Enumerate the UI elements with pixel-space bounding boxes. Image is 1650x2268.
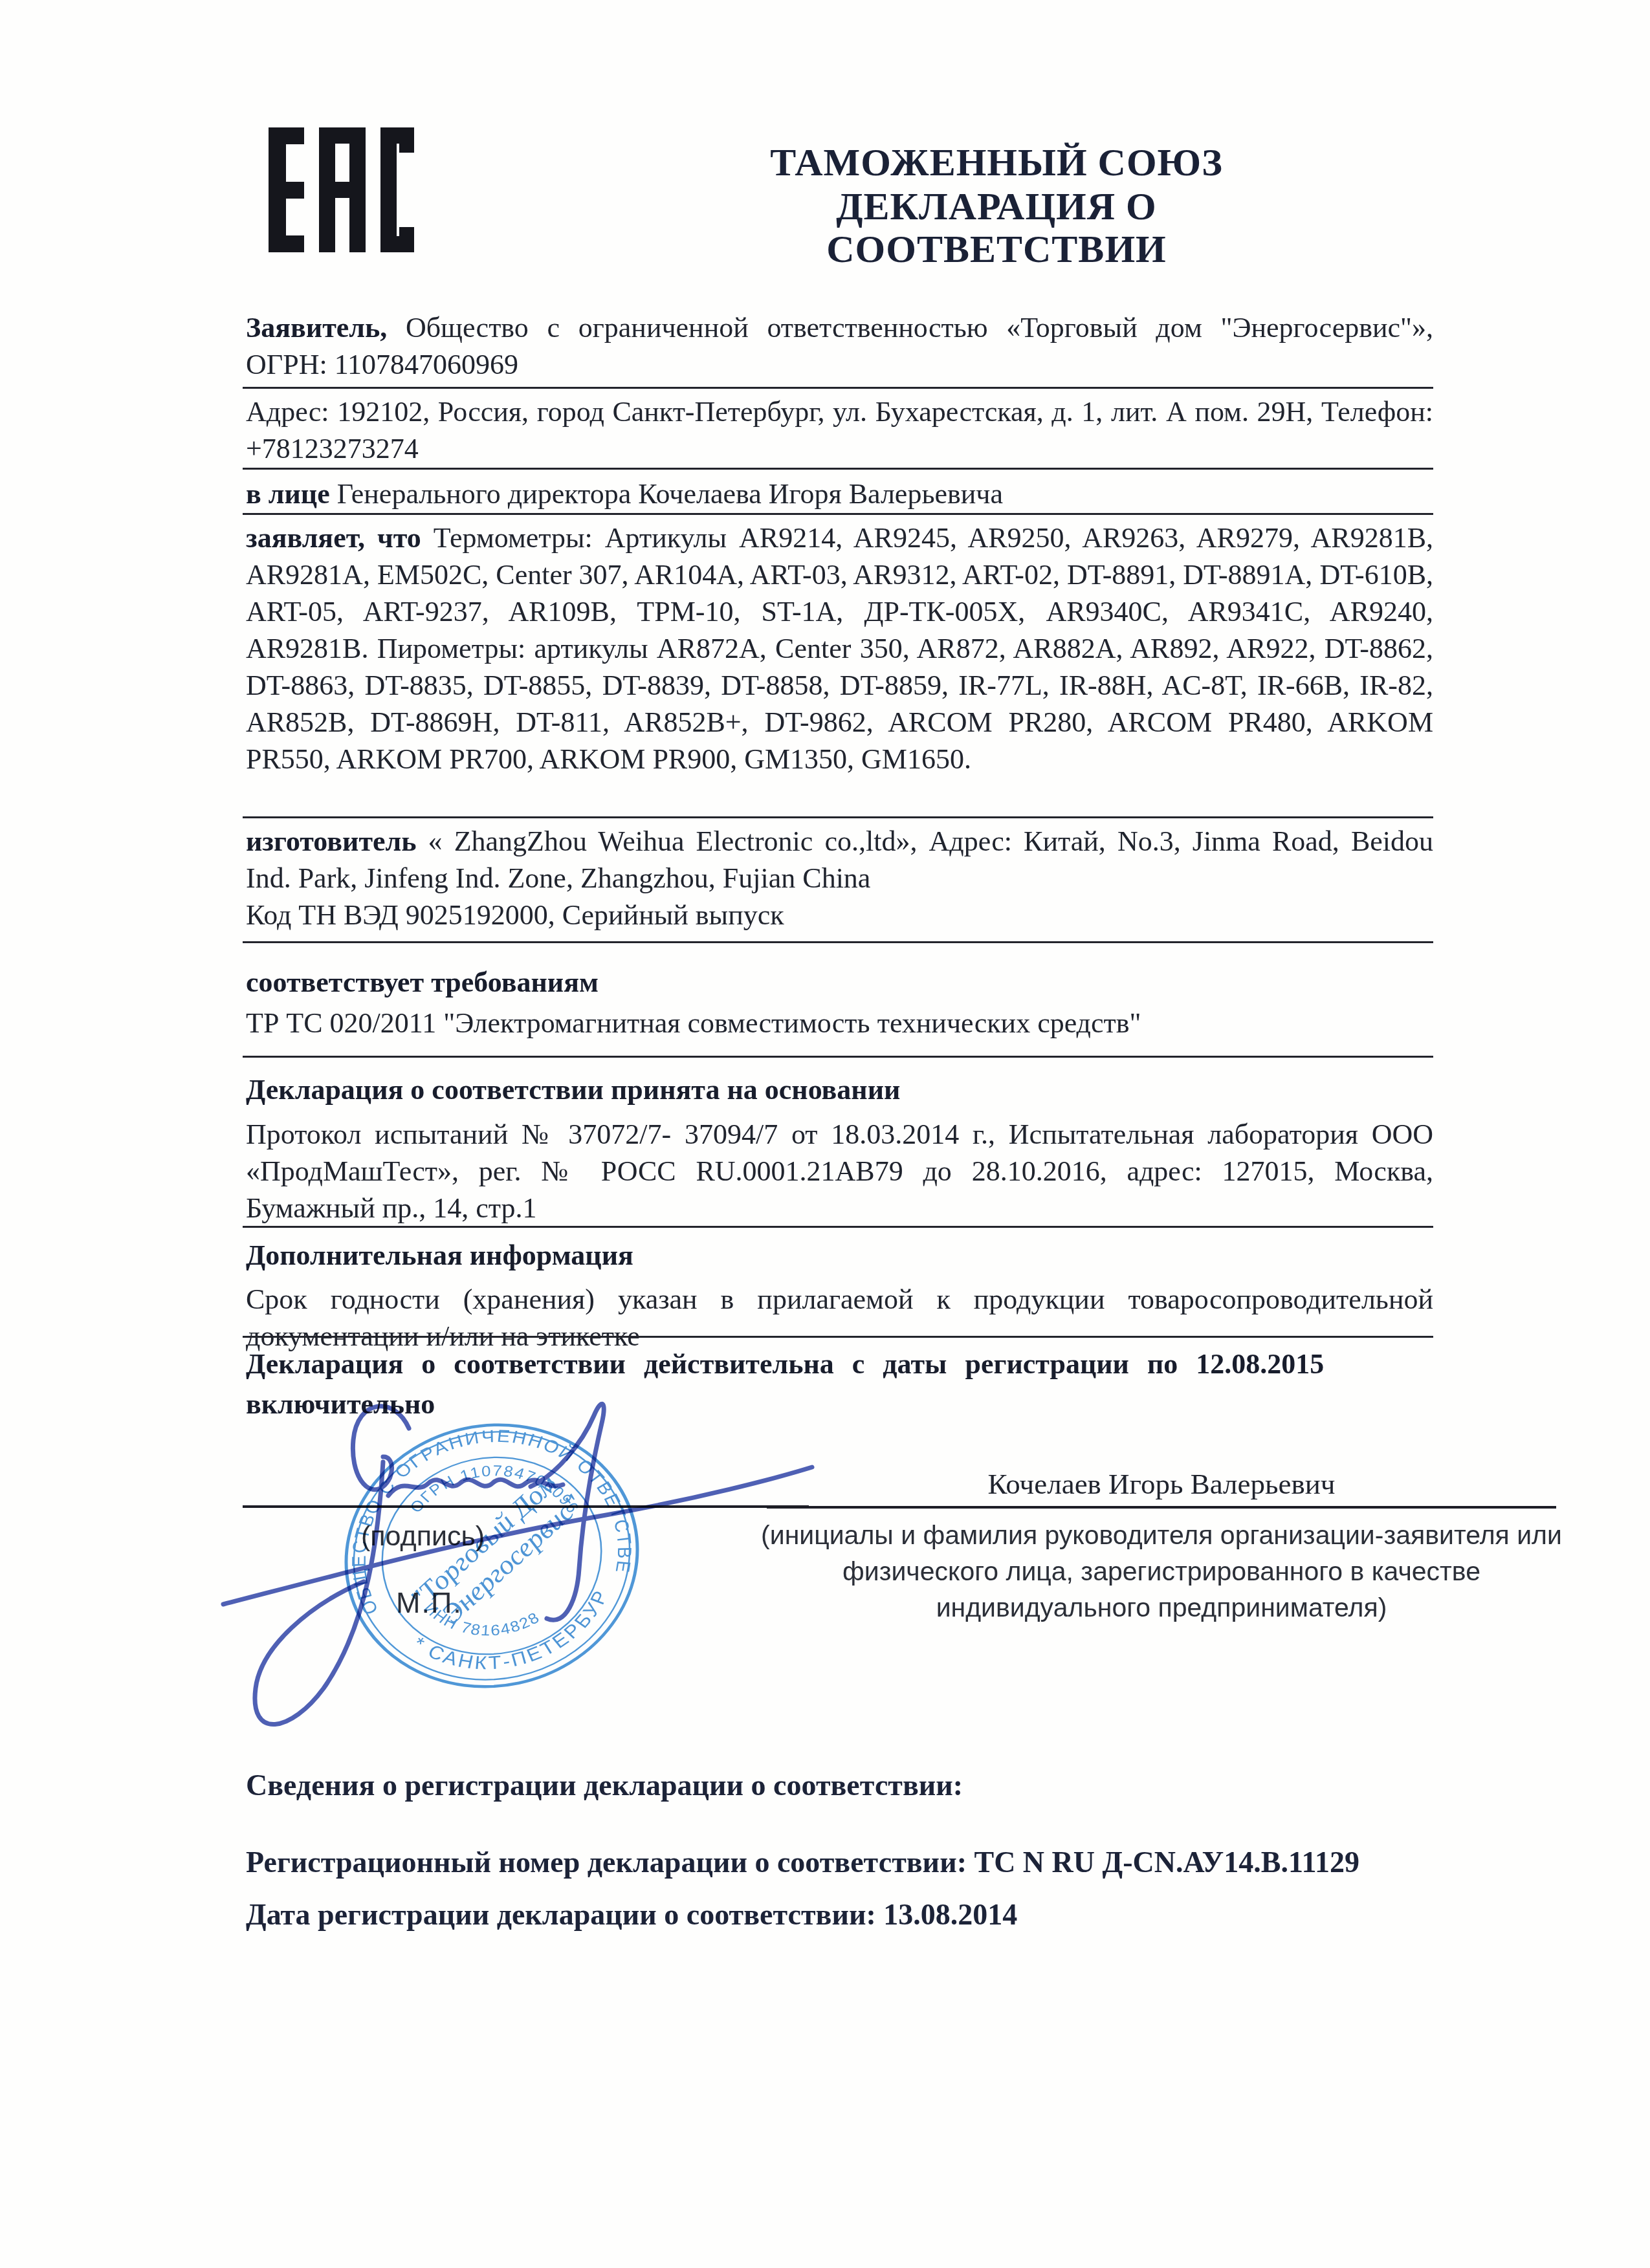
separator	[243, 941, 1433, 943]
head-name-caption: (инициалы и фамилия руководителя организ…	[751, 1517, 1572, 1626]
validity-line1: Декларация о соответствии действительна …	[246, 1346, 1433, 1382]
basis-text: Протокол испытаний № 37072/7- 37094/7 от…	[246, 1116, 1433, 1227]
additional-heading: Дополнительная информация	[246, 1237, 1433, 1274]
declaration-document: ТАМОЖЕННЫЙ СОЮЗ ДЕКЛАРАЦИЯ О СООТВЕТСТВИ…	[0, 0, 1650, 2268]
head-name-line	[767, 1506, 1556, 1509]
compliance-heading: соответствует требованиям	[246, 964, 1433, 1001]
represented-by-text: Генерального директора Кочелаева Игоря В…	[330, 478, 1003, 510]
head-name: Кочелаев Игорь Валерьевич	[767, 1467, 1556, 1501]
basis-heading: Декларация о соответствии принята на осн…	[246, 1071, 1433, 1108]
address-paragraph: Адрес: 192102, Россия, город Санкт-Петер…	[246, 393, 1433, 467]
registration-number: Регистрационный номер декларации о соотв…	[246, 1845, 1475, 1879]
applicant-text: Общество с ограниченной ответственностью…	[246, 312, 1433, 380]
separator	[243, 1056, 1433, 1058]
applicant-paragraph: Заявитель, Общество с ограниченной ответ…	[246, 309, 1433, 383]
declares-label: заявляет, что	[246, 522, 421, 554]
separator	[243, 468, 1433, 470]
address-text: Адрес: 192102, Россия, город Санкт-Петер…	[246, 396, 1433, 464]
handwritten-signature	[194, 1378, 841, 1782]
separator	[243, 1226, 1433, 1228]
separator	[243, 387, 1433, 389]
document-title-line1: ТАМОЖЕННЫЙ СОЮЗ	[679, 141, 1314, 184]
registration-date: Дата регистрации декларации о соответств…	[246, 1897, 1475, 1932]
manufacturer-text: « ZhangZhou Weihua Electronic co.,ltd», …	[246, 825, 1433, 894]
manufacturer-paragraph: изготовитель « ZhangZhou Weihua Electron…	[246, 823, 1433, 897]
separator	[243, 1336, 1433, 1338]
represented-by-paragraph: в лице Генерального директора Кочелаева …	[246, 475, 1433, 512]
applicant-label: Заявитель,	[246, 312, 387, 343]
compliance-text: ТР ТС 020/2011 "Электромагнитная совмест…	[246, 1005, 1433, 1041]
document-title-line2: ДЕКЛАРАЦИЯ О СООТВЕТСТВИИ	[679, 185, 1314, 270]
additional-text: Срок годности (хранения) указан в прилаг…	[246, 1281, 1433, 1355]
eac-logo-icon	[269, 127, 414, 256]
registration-heading: Сведения о регистрации декларации о соот…	[246, 1768, 1475, 1802]
separator	[243, 513, 1433, 515]
represented-by-label: в лице	[246, 478, 330, 510]
declares-paragraph: заявляет, что Термометры: Артикулы AR921…	[246, 519, 1433, 778]
tnved-code-line: Код ТН ВЭД 9025192000, Серийный выпуск	[246, 897, 1433, 933]
manufacturer-label: изготовитель	[246, 825, 416, 857]
separator	[243, 816, 1433, 818]
declares-text: Термометры: Артикулы AR9214, AR9245, AR9…	[246, 522, 1433, 775]
